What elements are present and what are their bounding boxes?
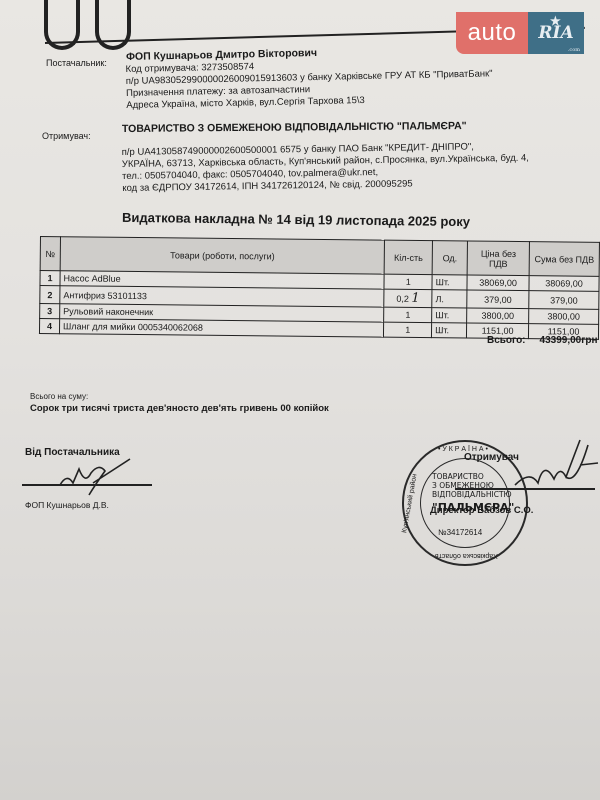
col-goods: Товари (роботи, послуги) xyxy=(60,237,385,274)
table-header-row: № Товари (роботи, послуги) Кіл-сть Од. Ц… xyxy=(40,237,599,277)
supplier-label: Постачальник: xyxy=(46,58,107,68)
col-sum: Сума без ПДВ xyxy=(529,242,599,277)
recipient-label: Отримувач: xyxy=(42,131,91,141)
recipient-details: п/р UA413058749000002600500001 6575 у ба… xyxy=(122,141,530,195)
col-qty: Кіл-сть xyxy=(384,240,432,274)
logo-ria: ★ RIA .com xyxy=(528,12,584,54)
recipient-signer: Директор Бабзов С.О. xyxy=(430,505,533,516)
col-unit: Од. xyxy=(432,241,467,275)
total-row: Всього:43399,00грн xyxy=(487,335,598,346)
total-value: 43399,00грн xyxy=(540,335,598,346)
col-number: № xyxy=(40,237,60,271)
supplier-signature-line xyxy=(22,484,152,486)
logo-auto: auto xyxy=(456,12,528,54)
total-label: Всього: xyxy=(487,335,526,346)
supplier-details: Код отримувача: 3273508574 п/р UA9830529… xyxy=(125,56,493,112)
recipient-signature-line xyxy=(455,488,595,490)
col-price: Ціна без ПДВ xyxy=(467,241,529,276)
items-table: № Товари (роботи, послуги) Кіл-сть Од. Ц… xyxy=(39,236,600,340)
stamp-bottom-ring-text: Харківська область xyxy=(435,552,498,559)
autoria-watermark-logo: auto ★ RIA .com xyxy=(456,12,584,54)
recipient-name: ТОВАРИСТВО З ОБМЕЖЕНОЮ ВІДПОВІДАЛЬНІСТЮ … xyxy=(122,120,467,135)
amount-in-words: Сорок три тисячі триста дев'яносто дев'я… xyxy=(30,403,329,414)
paperclip-icon xyxy=(95,0,131,50)
recipient-signature-icon xyxy=(510,435,600,505)
stamp-code: №34172614 xyxy=(438,528,482,537)
supplier-signature-icon xyxy=(55,455,135,500)
star-icon: ★ xyxy=(550,14,561,28)
document-title: Видаткова накладна № 14 від 19 листопада… xyxy=(122,210,470,229)
supplier-signer: ФОП Кушнарьов Д.В. xyxy=(25,500,109,510)
handwritten-mark: 1 xyxy=(411,291,419,306)
amount-in-words-label: Всього на суму: xyxy=(30,392,88,401)
